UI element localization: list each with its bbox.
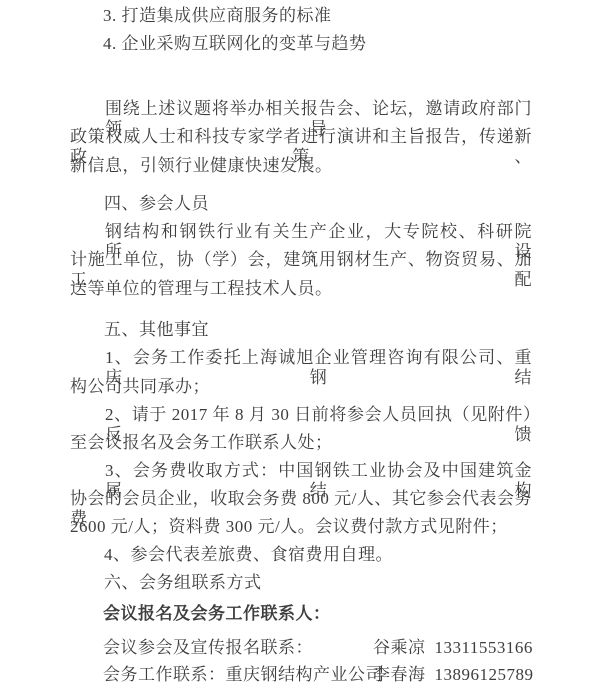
list-item-line: 至会议报名及会务工作联系人处；	[70, 433, 333, 453]
contact-phone: 13896125789	[435, 665, 534, 684]
contact-phone: 13311553166	[435, 638, 533, 657]
contact-person: 谷乘凉13311553166	[373, 638, 533, 658]
section-heading-contact-info: 六、会务组联系方式	[104, 573, 262, 593]
paragraph-line: 新信息，引领行业健康快速发展。	[70, 156, 333, 176]
contact-label: 会务工作联系：重庆钢结构产业公司	[103, 665, 383, 685]
list-item-line: 构公司共同承办；	[70, 377, 210, 397]
section-heading-other-matters: 五、其他事宜	[104, 320, 209, 340]
list-item-line: 2600 元/人；资料费 300 元/人。会议费付款方式见附件；	[70, 517, 508, 537]
contact-name: 李春海	[373, 665, 426, 684]
document-page: 3. 打造集成供应商服务的标准 4. 企业采购互联网化的变革与趋势 围绕上述议题…	[0, 0, 598, 693]
contact-heading: 会议报名及会务工作联系人：	[103, 604, 331, 624]
agenda-item: 4. 企业采购互联网化的变革与趋势	[103, 34, 367, 54]
contact-row: 会议参会及宣传报名联系： 谷乘凉13311553166	[0, 638, 598, 662]
list-item-line: 4、参会代表差旅费、食宿费用自理。	[104, 545, 393, 565]
section-heading-attendees: 四、参会人员	[104, 194, 209, 214]
contact-name: 谷乘凉	[373, 638, 426, 657]
contact-label: 会议参会及宣传报名联系：	[103, 638, 313, 658]
contact-row: 会务工作联系：重庆钢结构产业公司 李春海13896125789	[0, 665, 598, 689]
contact-person: 李春海13896125789	[373, 665, 534, 685]
paragraph-line: 送等单位的管理与工程技术人员。	[70, 279, 333, 299]
agenda-item: 3. 打造集成供应商服务的标准	[103, 6, 332, 26]
